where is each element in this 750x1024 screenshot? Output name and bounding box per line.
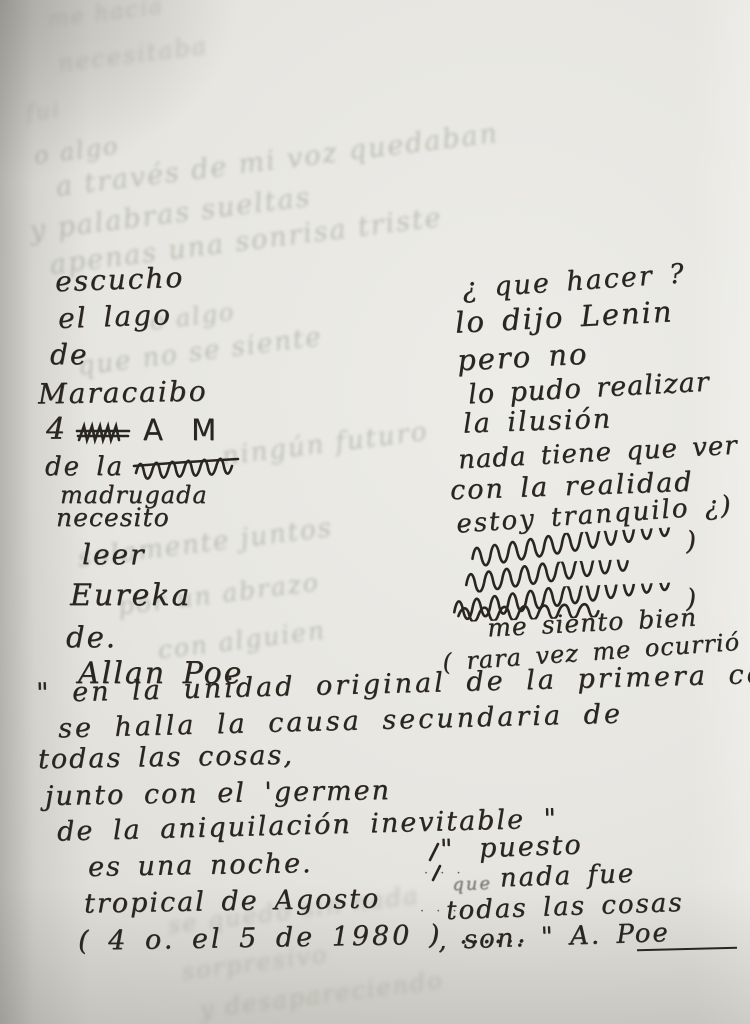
handwritten-line-el-lago: el lago: [57, 298, 172, 335]
bleed-through-line: o algo: [32, 132, 121, 170]
paren-close: ): [685, 526, 699, 557]
handwritten-line-escucho: escucho: [54, 261, 184, 298]
poe-quote-open: " puesto: [440, 830, 584, 866]
handwritten-line-maracaibo: Maracaibo: [38, 375, 208, 411]
scribble-crossed-word: [132, 454, 244, 482]
handwritten-line-de2: de.: [66, 620, 117, 654]
bleed-through-line: me hacía: [46, 0, 165, 33]
handwritten-line-leer: leer: [82, 538, 145, 571]
time-number: 4: [46, 412, 67, 447]
time-am-label: A M: [143, 413, 223, 447]
notebook-page-photo: me hacía necesitaba fui o algo a través …: [0, 0, 750, 1024]
handwritten-line-ilusion: la ilusión: [463, 403, 613, 439]
bleed-through-line: necesitaba: [56, 32, 209, 78]
handwritten-line-de: de: [50, 338, 89, 371]
quote-line-4: junto con el 'germen: [45, 775, 391, 812]
de-la-text: de la: [45, 452, 124, 482]
bleed-through-line: fui: [24, 98, 62, 127]
handwritten-line-necesito: necesito: [56, 503, 170, 532]
scribble-mark: [75, 419, 135, 447]
handwritten-line-4am: 4 A M: [46, 412, 223, 447]
quote-line-3: todas las cosas,: [38, 740, 294, 775]
handwritten-line-pero-no: pero no: [456, 337, 589, 378]
faint-crossed-word: que: [452, 873, 492, 895]
poe-nada-fue: nada fue: [499, 859, 635, 894]
bleed-through-line: ningún futuro: [220, 417, 430, 472]
handwritten-line-noche: es una noche.: [88, 848, 313, 883]
handwritten-line-de-la: de la: [45, 452, 244, 482]
handwritten-line-eureka: Eureka: [70, 578, 191, 613]
handwritten-line-tropical: tropical de Agosto: [84, 883, 381, 919]
